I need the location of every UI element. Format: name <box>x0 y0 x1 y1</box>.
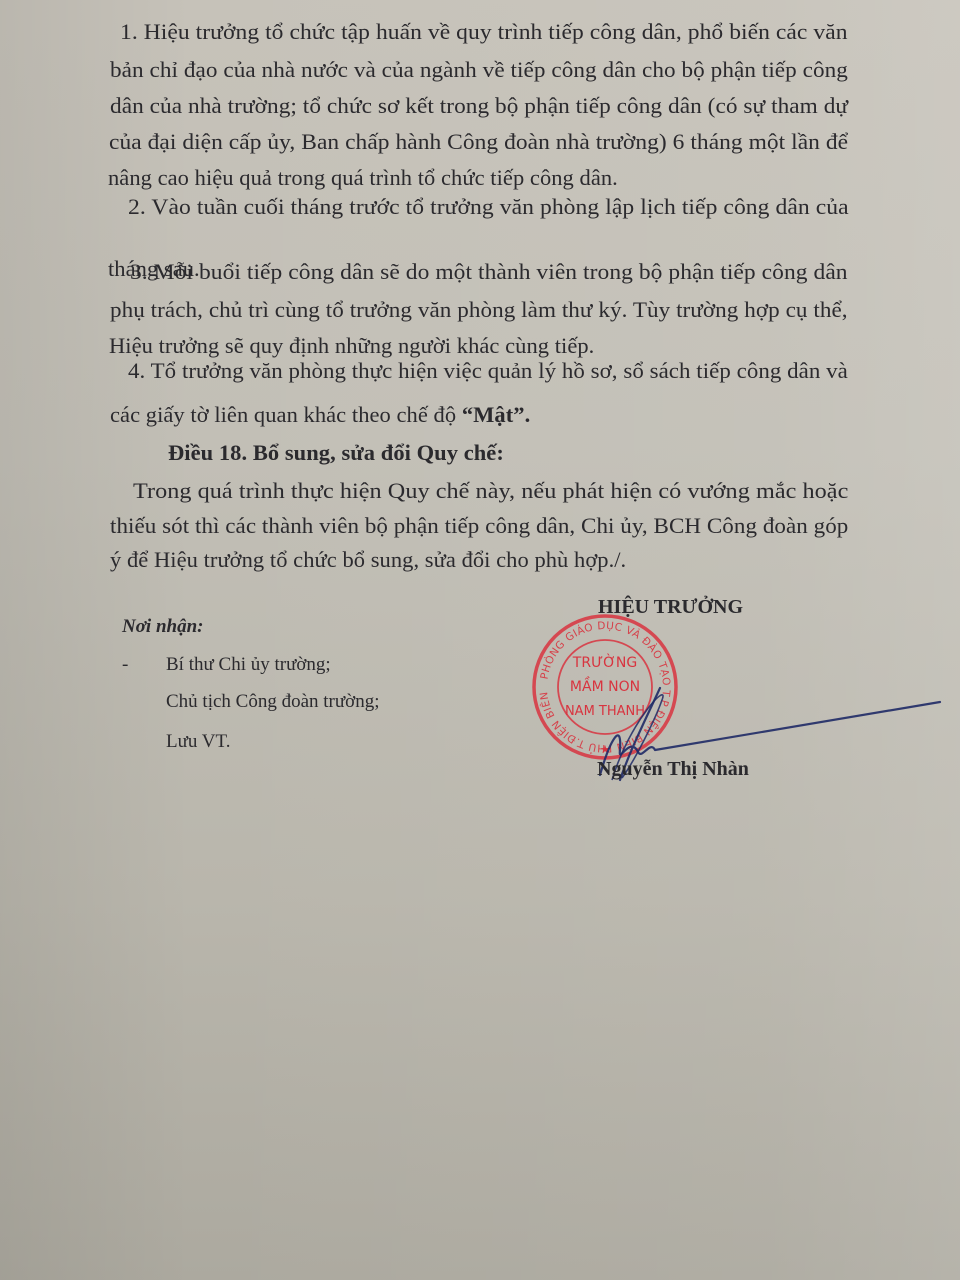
secret-mode: “Mật”. <box>462 402 530 427</box>
signer-name: Nguyễn Thị Nhàn <box>597 758 749 781</box>
body-line: ý để Hiệu trưởng tổ chức bổ sung, sửa đổ… <box>110 547 626 573</box>
body-line: Hiệu trưởng sẽ quy định những người khác… <box>109 333 594 359</box>
body-line: 3. Mỗi buổi tiếp công dân sẽ do một thàn… <box>130 259 848 285</box>
body-text: các giấy tờ liên quan khác theo chế độ <box>110 402 462 427</box>
recipients-bullet: - <box>122 654 128 676</box>
body-line: bản chỉ đạo của nhà nước và của ngành về… <box>110 57 848 83</box>
body-line: 1. Hiệu trưởng tổ chức tập huấn về quy t… <box>120 19 848 45</box>
recipients-heading: Nơi nhận: <box>122 616 203 638</box>
document-page: 1. Hiệu trưởng tổ chức tập huấn về quy t… <box>0 0 960 1280</box>
body-line: thiếu sót thì các thành viên bộ phận tiế… <box>110 513 848 539</box>
article-heading: Điều 18. Bổ sung, sửa đổi Quy chế: <box>168 440 504 466</box>
body-line: của đại diện cấp ủy, Ban chấp hành Công … <box>109 129 848 155</box>
svg-text:TRƯỜNG: TRƯỜNG <box>572 653 637 671</box>
body-line: 2. Vào tuần cuối tháng trước tổ trưởng v… <box>128 194 849 220</box>
body-line: phụ trách, chủ trì cùng tổ trưởng văn ph… <box>110 297 848 323</box>
recipient-item: Bí thư Chi ủy trường; <box>166 654 331 676</box>
body-line: các giấy tờ liên quan khác theo chế độ “… <box>110 402 530 428</box>
body-line: nâng cao hiệu quả trong quá trình tổ chứ… <box>108 165 618 191</box>
recipient-item: Chủ tịch Công đoàn trường; <box>166 691 380 713</box>
body-line: Trong quá trình thực hiện Quy chế này, n… <box>133 478 848 504</box>
body-line: dân của nhà trường; tổ chức sơ kết trong… <box>110 93 848 119</box>
body-line: 4. Tổ trưởng văn phòng thực hiện việc qu… <box>128 358 848 384</box>
recipient-item: Lưu VT. <box>166 731 230 753</box>
